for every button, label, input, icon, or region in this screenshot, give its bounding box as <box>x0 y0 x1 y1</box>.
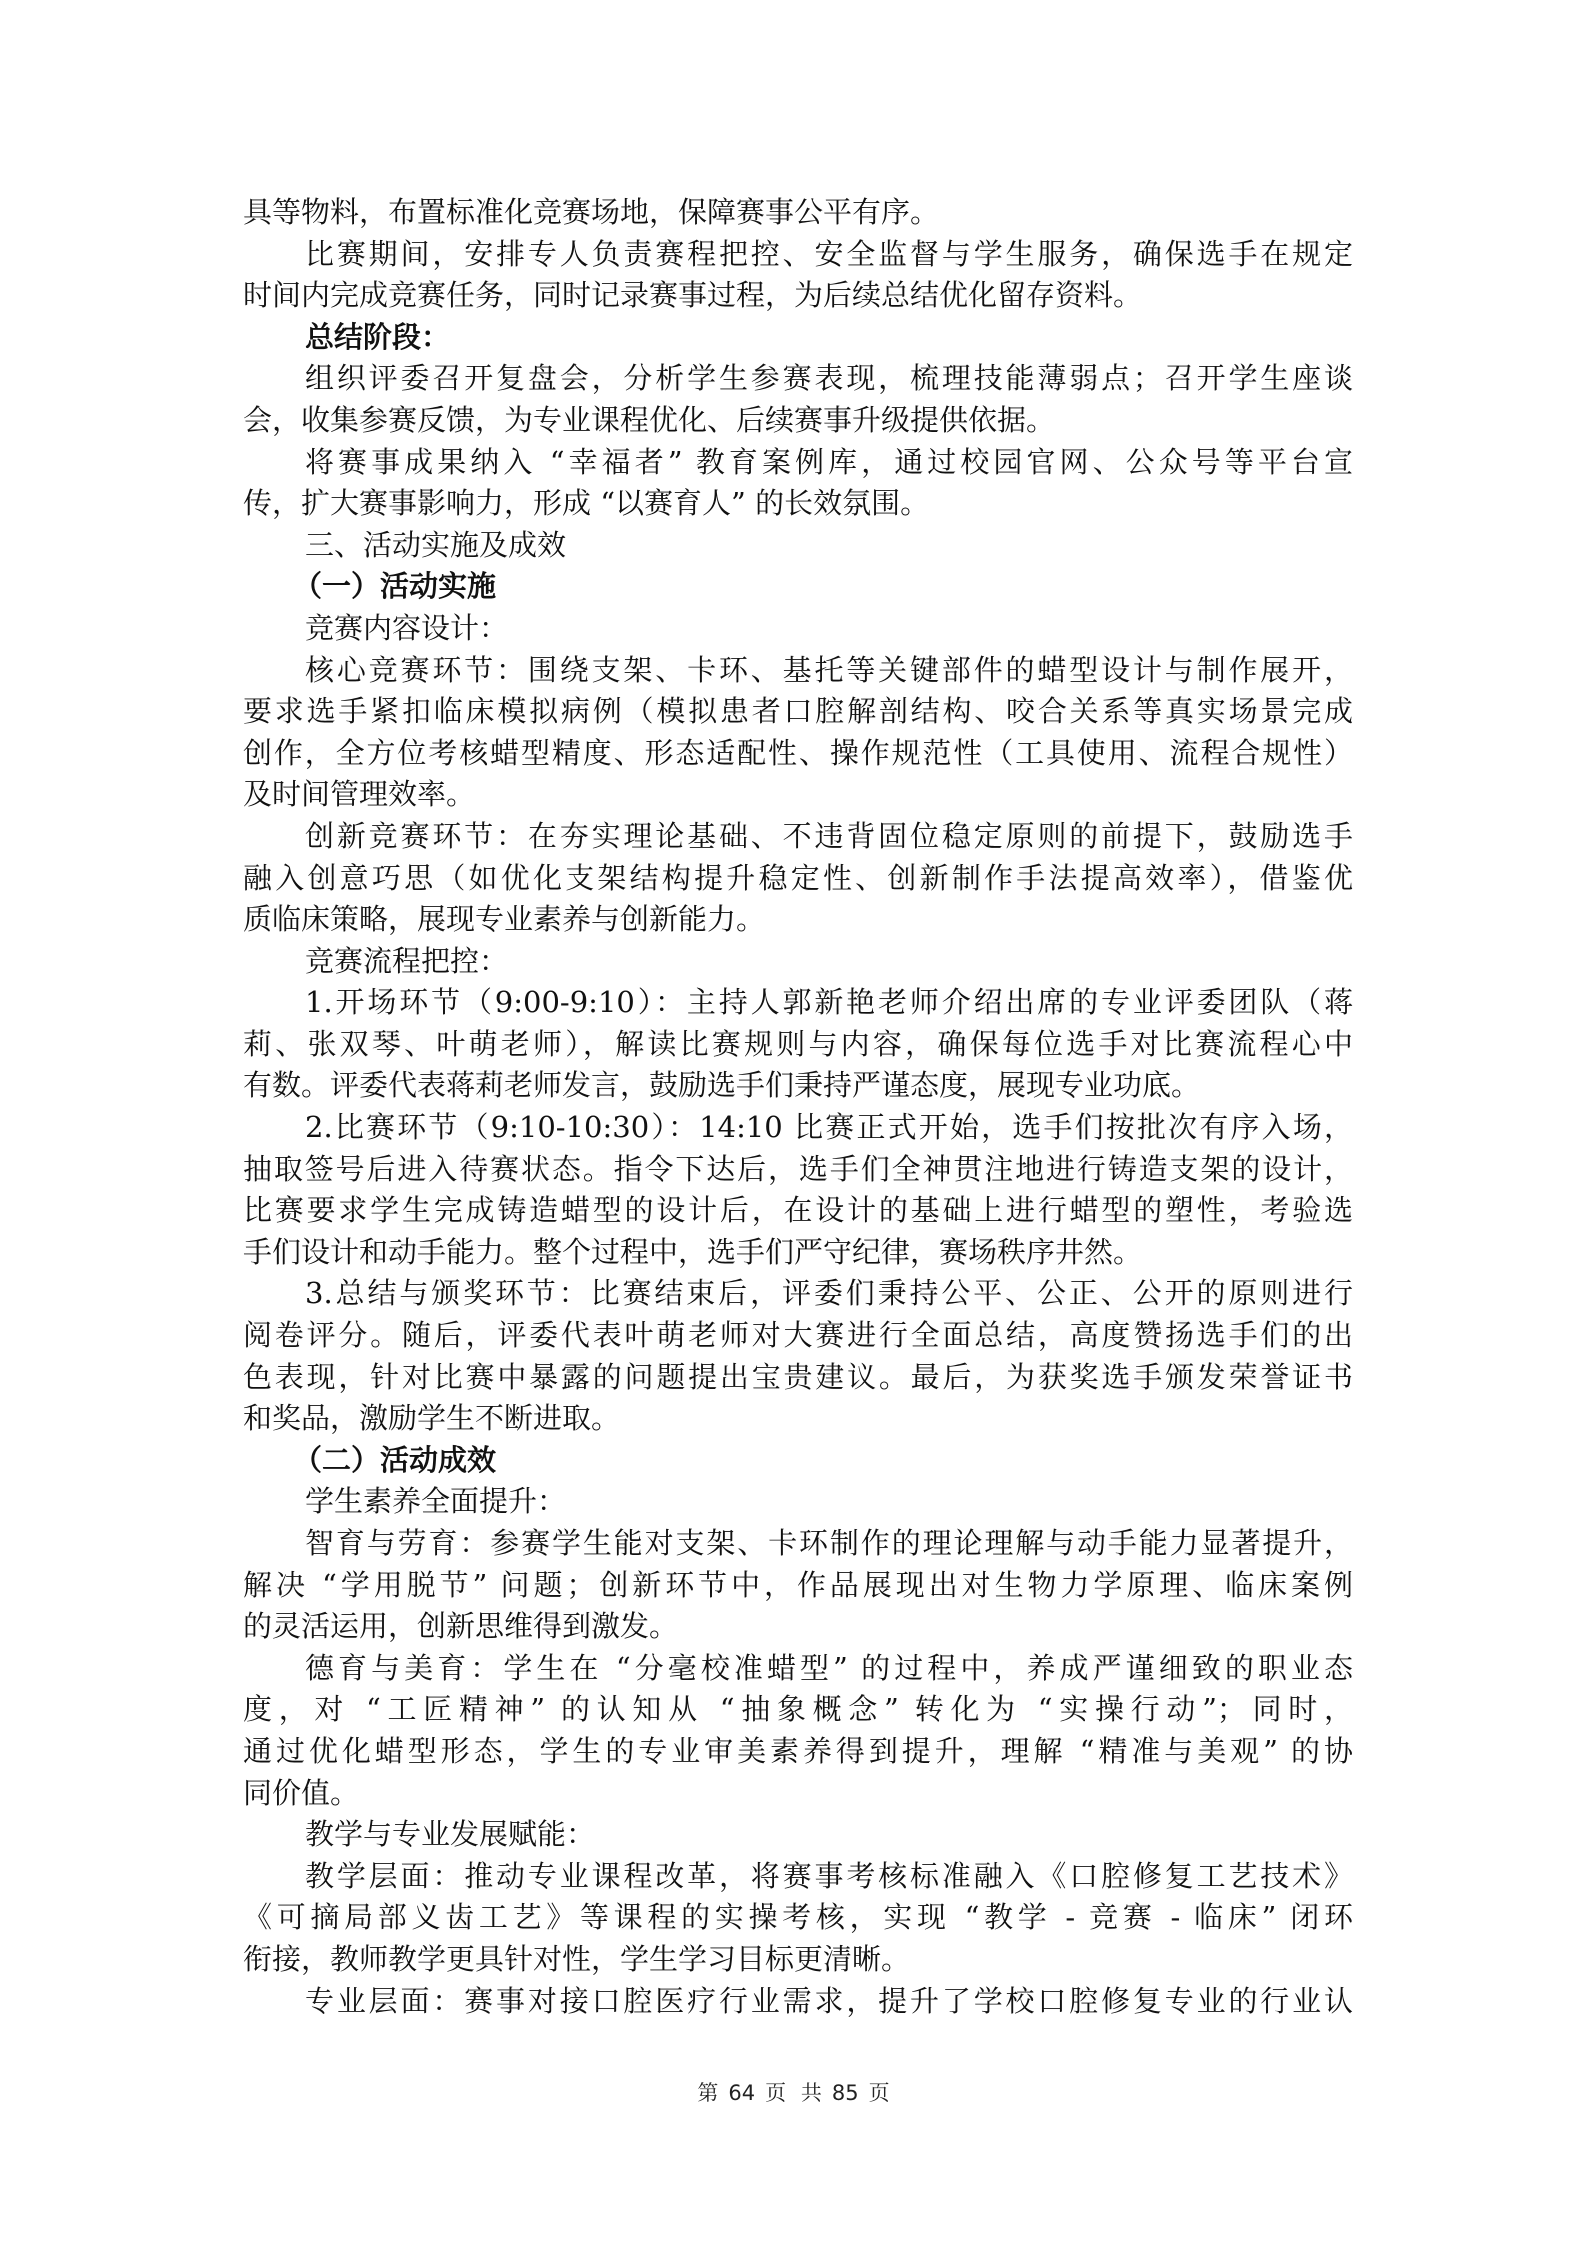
text-line: 学生素养全面提升： <box>243 1481 1353 1523</box>
text-line: 时间内完成竞赛任务，同时记录赛事过程，为后续总结优化留存资料。 <box>243 275 1353 317</box>
footer-prefix: 第 <box>697 2081 718 2105</box>
text-line: 2.比赛环节（9:10-10:30）：14:10 比赛正式开始，选手们按批次有序… <box>243 1107 1353 1149</box>
text-line: 和奖品，激励学生不断进取。 <box>243 1398 1353 1440</box>
text-line: 组织评委召开复盘会，分析学生参赛表现，梳理技能薄弱点；召开学生座谈 <box>243 358 1353 400</box>
text-line: 解决 “学用脱节” 问题；创新环节中，作品展现出对生物力学原理、临床案例 <box>243 1565 1353 1607</box>
text-line: 的灵活运用，创新思维得到激发。 <box>243 1606 1353 1648</box>
footer-middle: 页 共 <box>765 2081 822 2105</box>
text-line: 三、活动实施及成效 <box>243 525 1353 567</box>
text-line: 会，收集参赛反馈，为专业课程优化、后续赛事升级提供依据。 <box>243 400 1353 442</box>
document-page: 具等物料，布置标准化竞赛场地，保障赛事公平有序。比赛期间，安排专人负责赛程把控、… <box>0 0 1587 2245</box>
footer-suffix: 页 <box>869 2081 890 2105</box>
text-line: 竞赛内容设计： <box>243 608 1353 650</box>
section-heading-line: （二）活动成效 <box>243 1440 1353 1482</box>
text-line: 《可摘局部义齿工艺》等课程的实操考核，实现 “教学 - 竞赛 - 临床” 闭环 <box>243 1897 1353 1939</box>
text-line: 教学层面：推动专业课程改革，将赛事考核标准融入《口腔修复工艺技术》 <box>243 1856 1353 1898</box>
total-page-count: 85 <box>832 2081 859 2105</box>
text-line: 及时间管理效率。 <box>243 774 1353 816</box>
text-line: 手们设计和动手能力。整个过程中，选手们严守纪律，赛场秩序井然。 <box>243 1232 1353 1274</box>
section-heading-line: 总结阶段： <box>243 317 1353 359</box>
text-line: 专业层面：赛事对接口腔医疗行业需求，提升了学校口腔修复专业的行业认 <box>243 1981 1353 2023</box>
text-line: 抽取签号后进入待赛状态。指令下达后，选手们全神贯注地进行铸造支架的设计， <box>243 1149 1353 1191</box>
text-line: 衔接，教师教学更具针对性，学生学习目标更清晰。 <box>243 1939 1353 1981</box>
text-line: 创新竞赛环节：在夯实理论基础、不违背固位稳定原则的前提下，鼓励选手 <box>243 816 1353 858</box>
text-line: 通过优化蜡型形态，学生的专业审美素养得到提升，理解 “精准与美观” 的协 <box>243 1731 1353 1773</box>
text-line: 智育与劳育：参赛学生能对支架、卡环制作的理论理解与动手能力显著提升， <box>243 1523 1353 1565</box>
text-line: 质临床策略，展现专业素养与创新能力。 <box>243 899 1353 941</box>
text-line: 比赛期间，安排专人负责赛程把控、安全监督与学生服务，确保选手在规定 <box>243 234 1353 276</box>
text-line: 具等物料，布置标准化竞赛场地，保障赛事公平有序。 <box>243 192 1353 234</box>
text-line: 1.开场环节（9:00-9:10）：主持人郭新艳老师介绍出席的专业评委团队（蒋 <box>243 982 1353 1024</box>
current-page-number: 64 <box>728 2081 755 2105</box>
text-line: 德育与美育：学生在 “分毫校准蜡型” 的过程中，养成严谨细致的职业态 <box>243 1648 1353 1690</box>
text-line: 3.总结与颁奖环节：比赛结束后，评委们秉持公平、公正、公开的原则进行 <box>243 1273 1353 1315</box>
text-line: 比赛要求学生完成铸造蜡型的设计后，在设计的基础上进行蜡型的塑性，考验选 <box>243 1190 1353 1232</box>
text-line: 传，扩大赛事影响力，形成 “以赛育人” 的长效氛围。 <box>243 483 1353 525</box>
text-line: 融入创意巧思（如优化支架结构提升稳定性、创新制作手法提高效率），借鉴优 <box>243 858 1353 900</box>
text-line: 度，对 “工匠精神” 的认知从 “抽象概念” 转化为 “实操行动”；同时， <box>243 1689 1353 1731</box>
text-line: 将赛事成果纳入 “幸福者” 教育案例库，通过校园官网、公众号等平台宣 <box>243 442 1353 484</box>
text-line: 阅卷评分。随后，评委代表叶萌老师对大赛进行全面总结，高度赞扬选手们的出 <box>243 1315 1353 1357</box>
text-line: 色表现，针对比赛中暴露的问题提出宝贵建议。最后，为获奖选手颁发荣誉证书 <box>243 1357 1353 1399</box>
text-line: 教学与专业发展赋能： <box>243 1814 1353 1856</box>
body-text: 具等物料，布置标准化竞赛场地，保障赛事公平有序。比赛期间，安排专人负责赛程把控、… <box>243 192 1353 2022</box>
text-line: 创作，全方位考核蜡型精度、形态适配性、操作规范性（工具使用、流程合规性） <box>243 733 1353 775</box>
text-line: 核心竞赛环节：围绕支架、卡环、基托等关键部件的蜡型设计与制作展开， <box>243 650 1353 692</box>
text-line: 要求选手紧扣临床模拟病例（模拟患者口腔解剖结构、咬合关系等真实场景完成 <box>243 691 1353 733</box>
text-line: 竞赛流程把控： <box>243 941 1353 983</box>
section-heading-line: （一）活动实施 <box>243 566 1353 608</box>
text-line: 同价值。 <box>243 1773 1353 1815</box>
text-line: 莉、张双琴、叶萌老师），解读比赛规则与内容，确保每位选手对比赛流程心中 <box>243 1024 1353 1066</box>
page-footer: 第64页 共85页 <box>0 2077 1587 2107</box>
text-line: 有数。评委代表蒋莉老师发言，鼓励选手们秉持严谨态度，展现专业功底。 <box>243 1065 1353 1107</box>
